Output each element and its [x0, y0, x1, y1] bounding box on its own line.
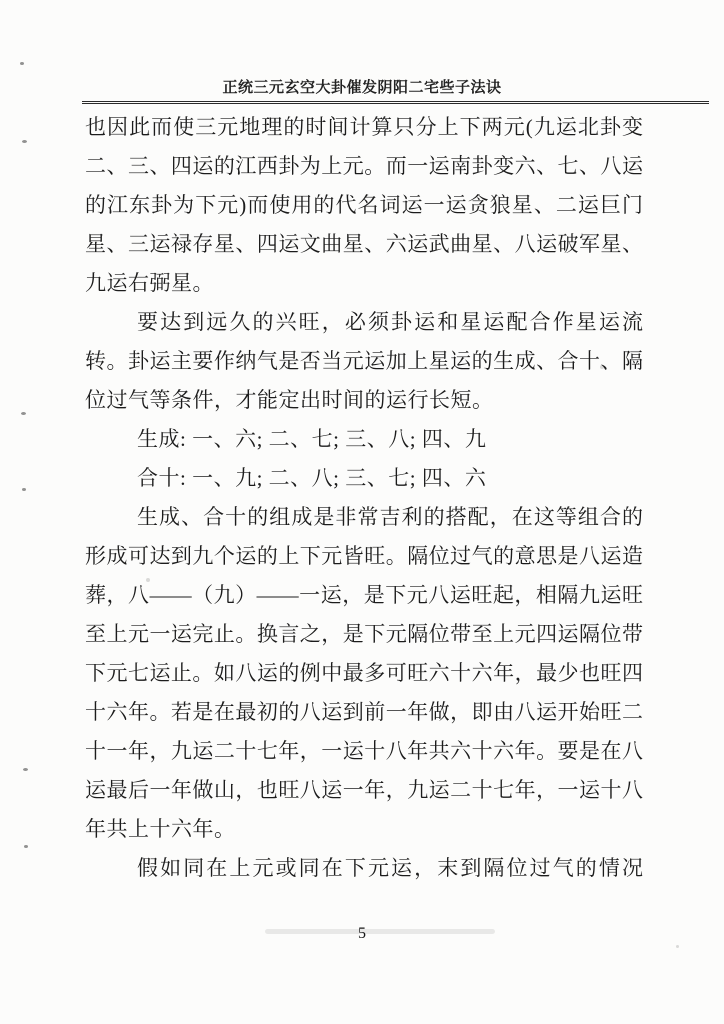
- text-line: 年共上十六年。: [85, 810, 643, 849]
- scanned-book-page: 正统三元玄空大卦催发阴阳二宅些子法诀 也因此而使三元地理的时间计算只分上下两元(…: [0, 0, 724, 1024]
- scan-speckle: [24, 845, 28, 848]
- text-line: 位过气等条件，才能定出时间的运行长短。: [85, 381, 643, 420]
- text-line: 二、三、四运的江西卦为上元。而一运南卦变六、七、八运: [85, 147, 643, 186]
- page-number: 5: [0, 923, 724, 945]
- scan-speckle: [21, 412, 26, 415]
- text-line: 假如同在上元或同在下元运，末到隔位过气的情况: [85, 849, 643, 888]
- text-line: 的江东卦为下元)而使用的代名词运一运贪狼星、二运巨门: [85, 186, 643, 225]
- text-line: 葬，八——（九）——一运，是下元八运旺起，相隔九运旺: [85, 576, 643, 615]
- text-line: 十六年。若是在最初的八运到前一年做，即由八运开始旺二: [85, 693, 643, 732]
- text-line: 生成: 一、六; 二、七; 三、八; 四、九: [85, 420, 643, 459]
- header-divider-line: [82, 101, 709, 104]
- scan-speckle: [22, 488, 26, 491]
- text-line: 运最后一年做山，也旺八运一年，九运二十七年，一运十八: [85, 771, 643, 810]
- text-line: 合十: 一、九; 二、八; 三、七; 四、六: [85, 459, 643, 498]
- scan-speckle: [146, 578, 150, 582]
- text-line: 九运右弼星。: [85, 264, 643, 303]
- text-line: 下元七运止。如八运的例中最多可旺六十六年，最少也旺四: [85, 654, 643, 693]
- body-text-block: 也因此而使三元地理的时间计算只分上下两元(九运北卦变 二、三、四运的江西卦为上元…: [85, 108, 643, 888]
- text-line: 十一年，九运二十七年，一运十八年共六十六年。要是在八: [85, 732, 643, 771]
- scan-speckle: [676, 945, 679, 948]
- scan-speckle: [20, 62, 24, 65]
- text-line: 也因此而使三元地理的时间计算只分上下两元(九运北卦变: [85, 108, 643, 147]
- running-header-title: 正统三元玄空大卦催发阴阳二宅些子法诀: [0, 79, 724, 97]
- text-line: 转。卦运主要作纳气是否当元运加上星运的生成、合十、隔: [85, 342, 643, 381]
- text-line: 要达到远久的兴旺，必须卦运和星运配合作星运流: [85, 303, 643, 342]
- text-line: 形成可达到九个运的上下元皆旺。隔位过气的意思是八运造: [85, 537, 643, 576]
- scan-speckle: [600, 365, 604, 369]
- text-line: 至上元一运完止。换言之，是下元隔位带至上元四运隔位带: [85, 615, 643, 654]
- scan-speckle: [23, 768, 28, 771]
- text-line: 星、三运禄存星、四运文曲星、六运武曲星、八运破军星、: [85, 225, 643, 264]
- scan-speckle: [22, 140, 27, 143]
- text-line: 生成、合十的组成是非常吉利的搭配，在这等组合的: [85, 498, 643, 537]
- scan-smudge: [265, 929, 495, 934]
